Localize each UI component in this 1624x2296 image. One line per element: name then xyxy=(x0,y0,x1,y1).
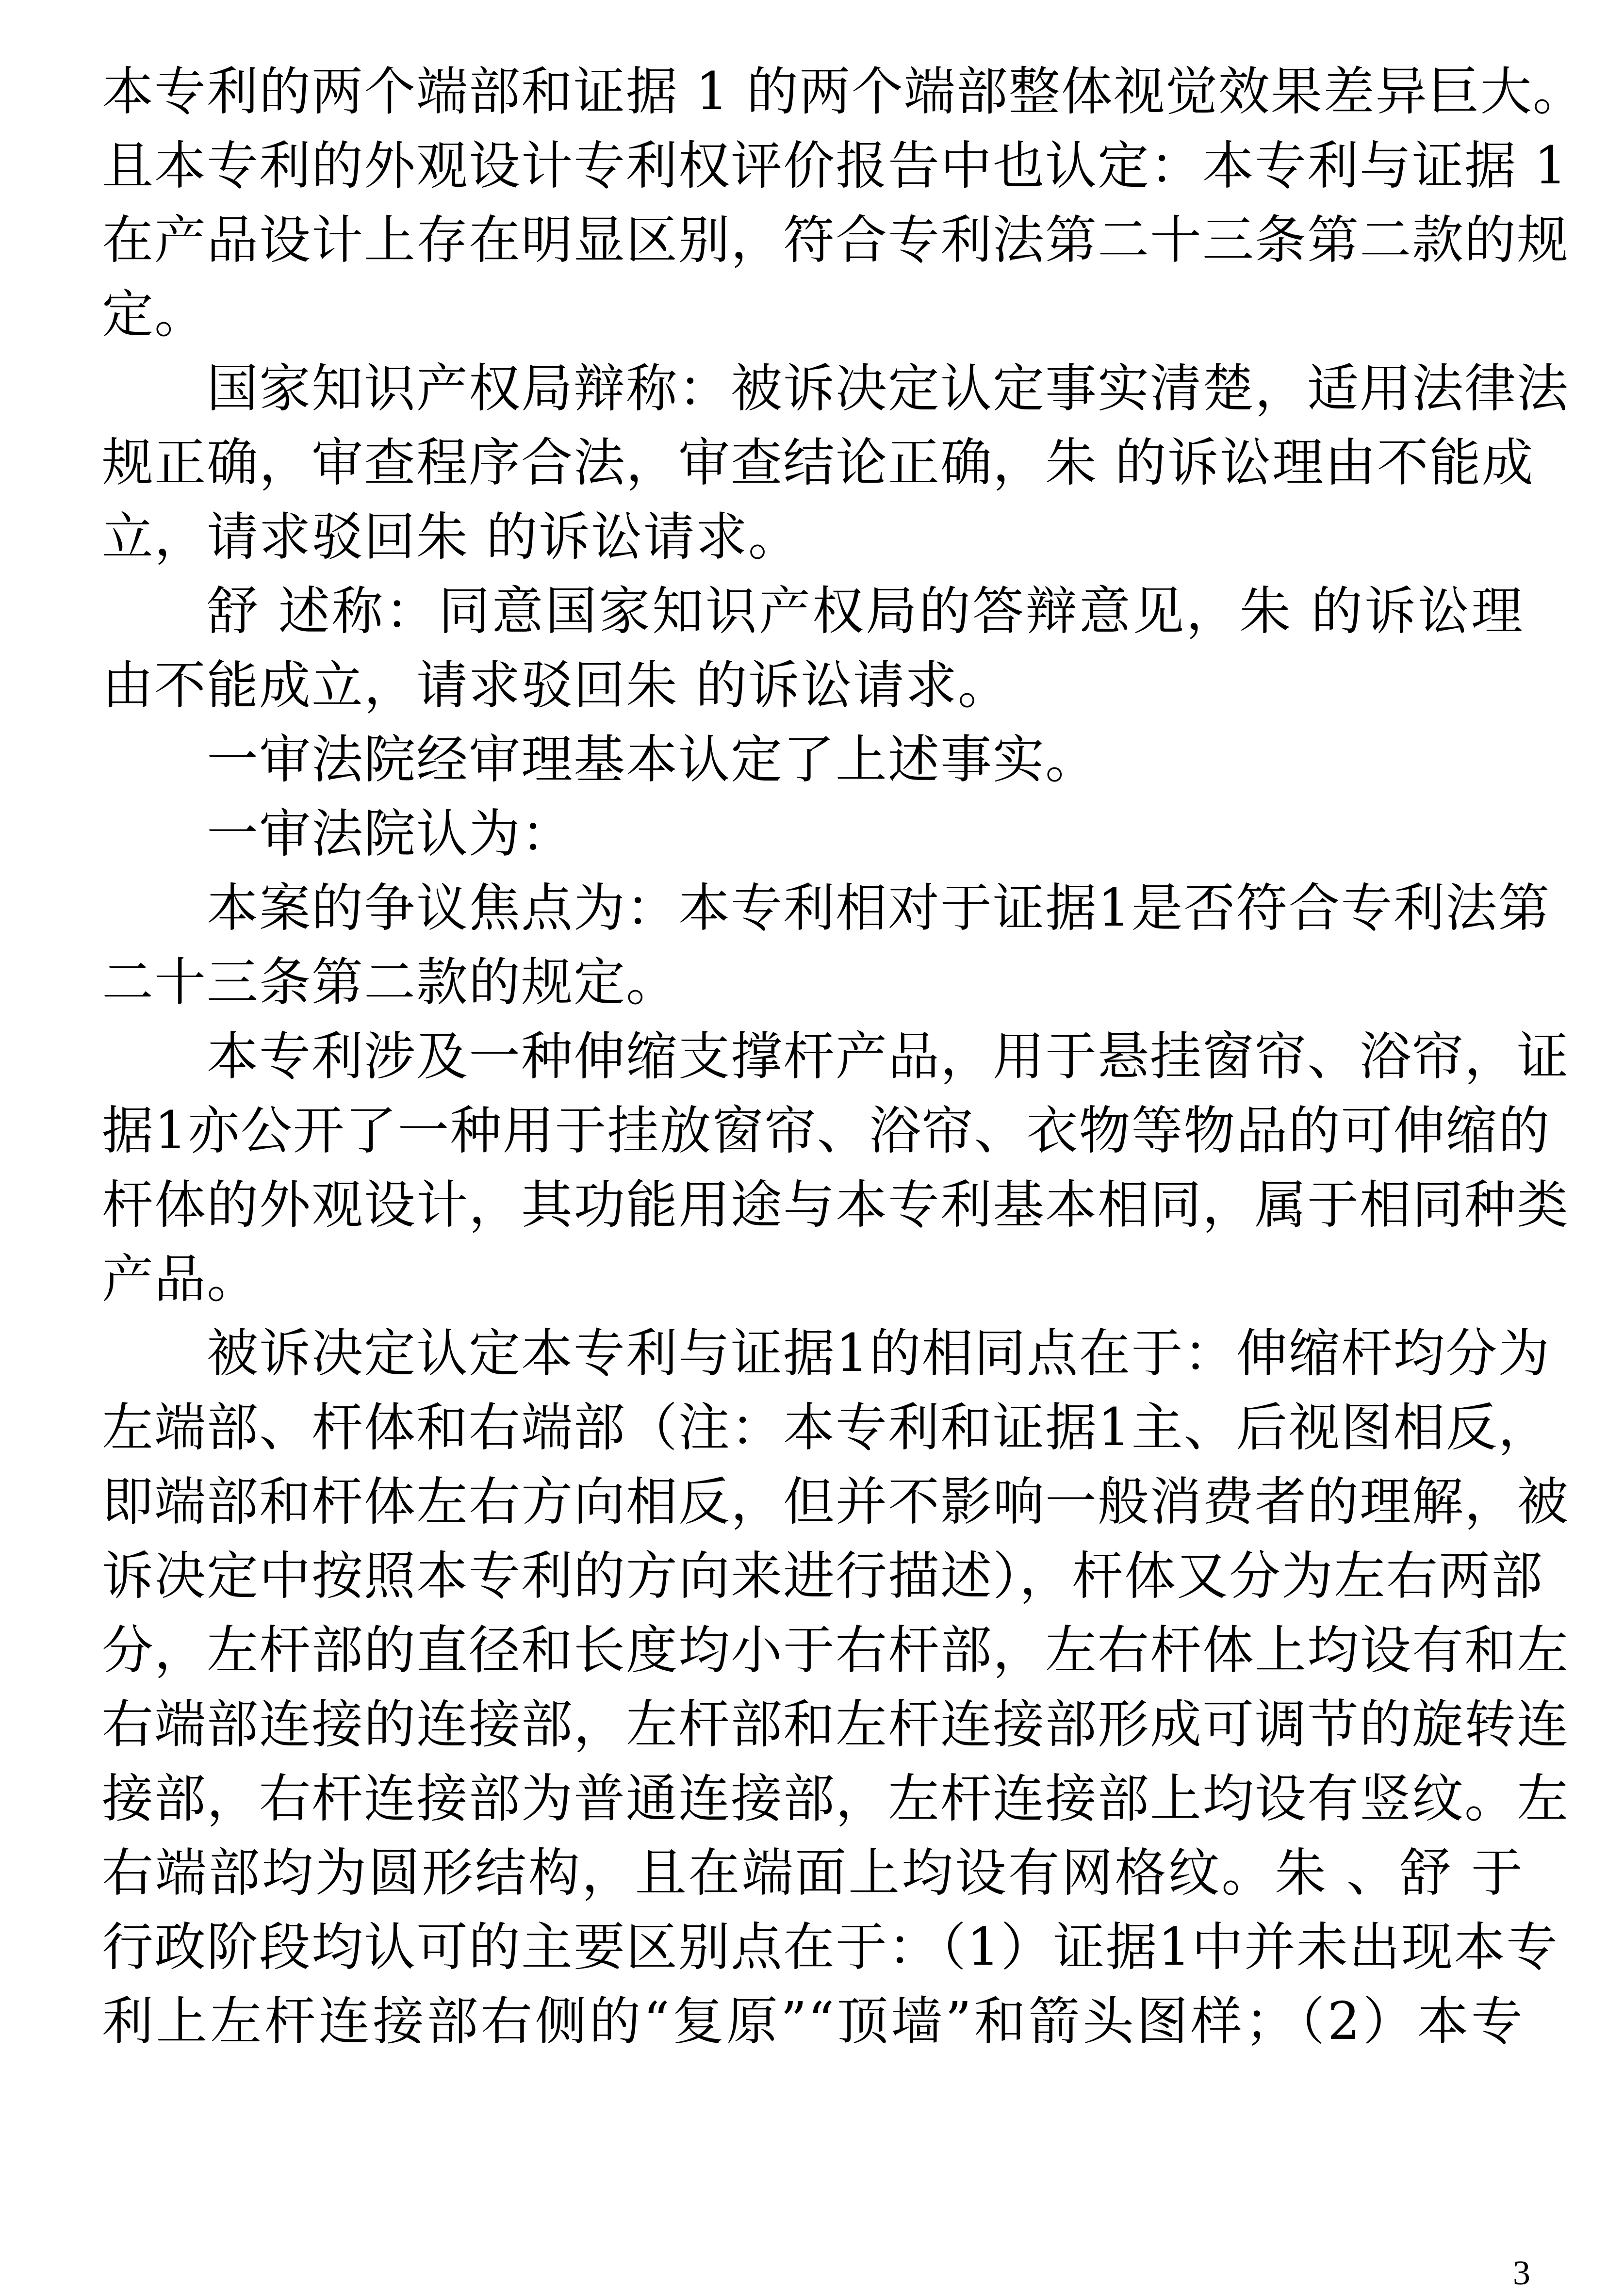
text-line: 由不能成立，请求驳回朱 的诉讼请求。 xyxy=(102,648,1524,722)
text-line: 行政阶段均认可的主要区别点在于：（1）证据1中并未出现本专 xyxy=(102,1910,1524,1984)
text-line: 即端部和杆体左右方向相反，但并不影响一般消费者的理解，被 xyxy=(102,1465,1524,1539)
paragraph-start-line: 一审法院经审理基本认定了上述事实。 xyxy=(102,722,1524,797)
text-line: 右端部均为圆形结构，且在端面上均设有网格纹。朱 、舒 于 xyxy=(102,1836,1524,1910)
paragraph-start-line: 被诉决定认定本专利与证据1的相同点在于：伸缩杆均分为 xyxy=(102,1316,1524,1390)
text-line: 接部，右杆连接部为普通连接部，左杆连接部上均设有竖纹。左 xyxy=(102,1761,1524,1836)
paragraph-start-line: 本案的争议焦点为：本专利相对于证据1是否符合专利法第 xyxy=(102,871,1524,945)
text-line: 据1亦公开了一种用于挂放窗帘、浴帘、衣物等物品的可伸缩的 xyxy=(102,1093,1524,1168)
text-line: 诉决定中按照本专利的方向来进行描述），杆体又分为左右两部 xyxy=(102,1539,1524,1613)
paragraph-start-line: 舒 述称：同意国家知识产权局的答辩意见，朱 的诉讼理 xyxy=(102,574,1524,648)
text-line: 且本专利的外观设计专利权评价报告中也认定：本专利与证据 1 xyxy=(102,129,1524,203)
text-line: 分，左杆部的直径和长度均小于右杆部，左右杆体上均设有和左 xyxy=(102,1613,1524,1687)
text-line: 规正确，审查程序合法，审查结论正确，朱 的诉讼理由不能成 xyxy=(102,425,1524,500)
text-line: 立，请求驳回朱 的诉讼请求。 xyxy=(102,500,1524,574)
text-line: 产品。 xyxy=(102,1242,1524,1316)
text-line: 右端部连接的连接部，左杆部和左杆连接部形成可调节的旋转连 xyxy=(102,1687,1524,1761)
text-line: 本专利的两个端部和证据 1 的两个端部整体视觉效果差异巨大。 xyxy=(102,54,1524,129)
text-line: 利上左杆连接部右侧的“复原”“顶墙”和箭头图样；（2）本专 xyxy=(102,1984,1524,2058)
paragraph-start-line: 国家知识产权局辩称：被诉决定认定事实清楚，适用法律法 xyxy=(102,351,1524,425)
text-line: 杆体的外观设计，其功能用途与本专利基本相同，属于相同种类 xyxy=(102,1168,1524,1242)
paragraph-start-line: 一审法院认为： xyxy=(102,797,1524,871)
text-line: 二十三条第二款的规定。 xyxy=(102,945,1524,1019)
text-line: 定。 xyxy=(102,277,1524,351)
page-number: 3 xyxy=(1513,2253,1530,2292)
document-body: 本专利的两个端部和证据 1 的两个端部整体视觉效果差异巨大。 且本专利的外观设计… xyxy=(102,54,1524,2058)
text-line: 在产品设计上存在明显区别，符合专利法第二十三条第二款的规 xyxy=(102,203,1524,277)
text-line: 左端部、杆体和右端部（注：本专利和证据1主、后视图相反， xyxy=(102,1390,1524,1465)
paragraph-start-line: 本专利涉及一种伸缩支撑杆产品，用于悬挂窗帘、浴帘，证 xyxy=(102,1019,1524,1093)
